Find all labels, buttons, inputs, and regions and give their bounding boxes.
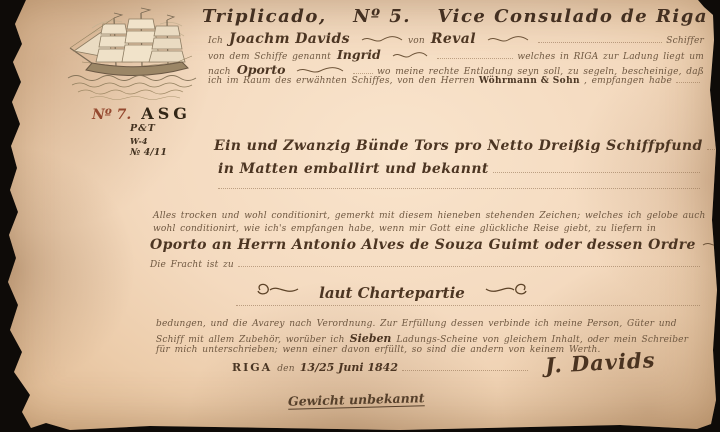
dotted-rule: [218, 188, 700, 189]
conditions-line-1: Alles trocken und wohl conditionirt, gem…: [153, 211, 704, 221]
ship-name: Ingrid: [337, 47, 381, 62]
photograph-background: Triplicado, Nº 5. Vice Consulado de Riga…: [0, 0, 720, 432]
charter-party-line: laut Chartepartie: [232, 282, 552, 302]
shipping-marks-block: Nº 7. ASG P&T W-4 № 4/11: [92, 104, 191, 159]
print-ich: Ich: [208, 36, 223, 46]
merchant-name: Wöhrmann & Sohn: [479, 76, 580, 86]
mark-w4: W-4: [130, 135, 191, 147]
print-closing-2b: Ladungs-Scheine von gleichem Inhalt, ode…: [396, 335, 688, 345]
consulate-title: Vice Consulado de Riga: [437, 6, 708, 27]
city-label: RIGA: [232, 361, 272, 374]
intro-line-2: von dem Schiffe genannt Ingrid welches i…: [208, 47, 704, 62]
bottom-handwritten-note: Gewicht unbekannt: [288, 390, 425, 409]
handwritten-date: 13/25 Juni 1842: [300, 361, 398, 374]
cargo-quantity: Ein und Zwanzig Bünde Tors pro Netto Dre…: [214, 138, 703, 154]
intro-line-1: Ich Joachm Davids von Reval Schiffer: [208, 31, 704, 47]
ink-flourish-icon: [254, 282, 300, 298]
dotted-rule: [236, 305, 700, 306]
print-lading-clause: welches in RIGA zur Ladung liegt um: [517, 52, 704, 62]
triplicado-label: Triplicado,: [202, 6, 327, 27]
print-closing-1: bedungen, und die Avarey nach Verordnung…: [156, 319, 677, 329]
document-number: Nº 5.: [353, 6, 411, 27]
mark-pt: P&T: [130, 123, 191, 135]
conditions-line-2: wohl conditionirt, wie ich's empfangen h…: [153, 224, 704, 234]
dotted-rule: [402, 370, 528, 371]
consignee-line: Oporto an Herrn Antonio Alves de Souza G…: [150, 237, 704, 253]
captain-signature: J. Davids: [544, 347, 656, 378]
destination-port: Oporto: [237, 62, 286, 77]
captain-name: Joachm Davids: [229, 31, 350, 47]
print-schiffer: Schiffer: [666, 36, 704, 46]
ink-flourish-icon: [701, 239, 720, 249]
dotted-rule: [707, 149, 715, 150]
closing-line-1: bedungen, und die Avarey nach Verordnung…: [156, 319, 704, 329]
print-closing-3: für mich unterschrieben; wenn einer davo…: [156, 345, 601, 355]
blank-ruled-line: [214, 188, 704, 191]
cargo-packing: in Matten emballirt und bekannt: [218, 161, 489, 177]
number-of-copies: Sieben: [350, 332, 392, 345]
dotted-rule: [238, 266, 700, 267]
charter-party-text: laut Chartepartie: [319, 284, 465, 302]
closing-line-2: Schiff mit allem Zubehör, worüber ich Si…: [156, 332, 704, 345]
print-freight-label: Die Fracht ist zu: [150, 260, 234, 270]
ink-flourish-icon: [487, 35, 529, 43]
mark-asg: ASG: [141, 104, 191, 123]
document-paper: Triplicado, Nº 5. Vice Consulado de Riga…: [0, 0, 720, 432]
header-row: Triplicado, Nº 5. Vice Consulado de Riga: [202, 6, 708, 27]
cargo-line-1: Ein und Zwanzig Bünde Tors pro Netto Dre…: [214, 138, 704, 154]
date-line: RIGA den 13/25 Juni 1842: [232, 361, 532, 374]
print-den: den: [277, 364, 294, 374]
blank-ruled-line: [232, 305, 704, 308]
print-conditions-1: Alles trocken und wohl conditionirt, gem…: [153, 211, 706, 221]
sailing-ship-engraving-icon: [62, 6, 208, 106]
print-closing-2a: Schiff mit allem Zubehör, worüber ich: [156, 335, 345, 345]
dotted-rule: [437, 58, 514, 59]
intro-line-3: nach Oporto wo meine rechte Entladung se…: [208, 62, 704, 77]
print-von: von: [408, 36, 425, 46]
ink-flourish-icon: [484, 282, 530, 298]
origin-port: Reval: [431, 31, 476, 47]
intro-line-4: ich im Raum des erwähnten Schiffes, von …: [208, 76, 704, 86]
print-received-clause-end: , empfangen habe: [584, 76, 672, 86]
dotted-rule: [353, 73, 373, 74]
dotted-rule: [493, 172, 700, 173]
cargo-line-2: in Matten emballirt und bekannt: [218, 161, 704, 177]
mark-number-red: Nº 7.: [92, 107, 131, 123]
freight-line: Die Fracht ist zu: [150, 260, 704, 270]
ink-flourish-icon: [361, 35, 403, 43]
ink-flourish-icon: [392, 51, 428, 59]
print-received-clause: ich im Raum des erwähnten Schiffes, von …: [208, 76, 475, 86]
ink-flourish-icon: [296, 66, 344, 74]
consignee-name: Oporto an Herrn Antonio Alves de Souza G…: [150, 237, 696, 253]
dotted-rule: [676, 82, 700, 83]
print-conditions-2: wohl conditionirt, wie ich's empfangen h…: [153, 224, 656, 234]
dotted-rule: [538, 42, 662, 43]
print-ship-clause: von dem Schiffe genannt: [208, 52, 331, 62]
mark-no411: № 4/11: [130, 147, 191, 159]
